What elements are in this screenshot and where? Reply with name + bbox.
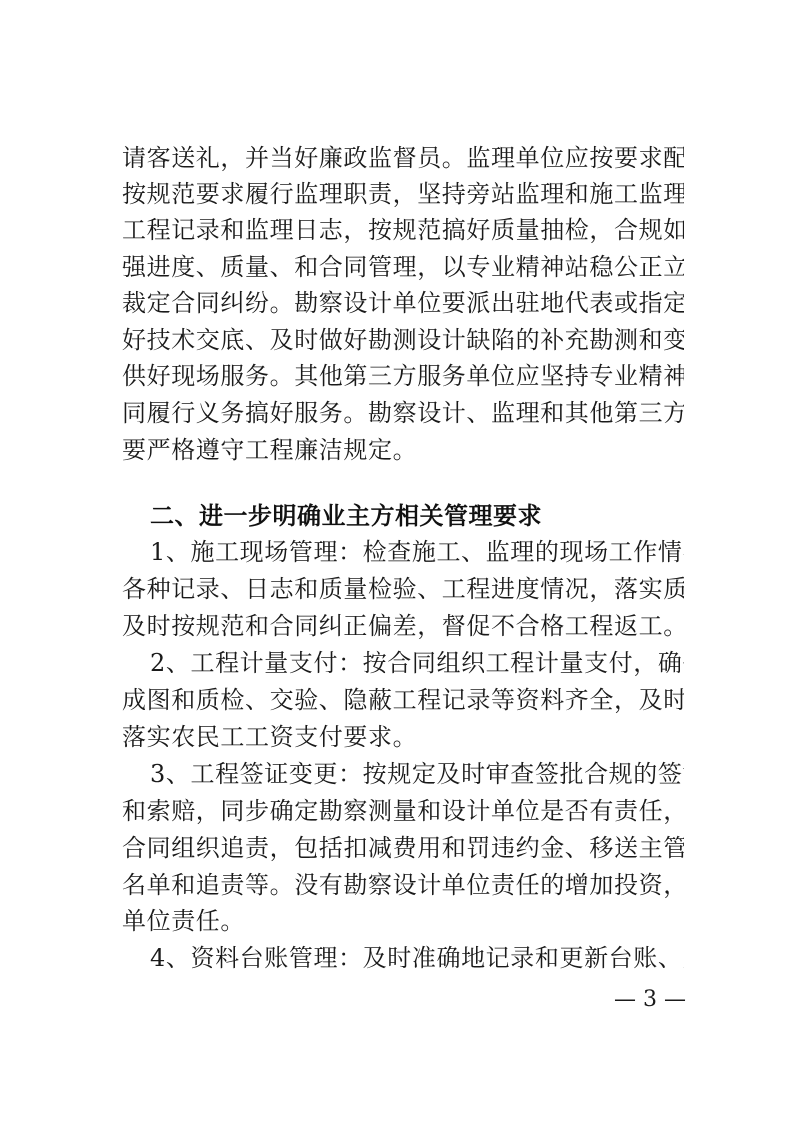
- item-3-line: 单位责任。: [122, 903, 684, 940]
- item-3-line: 合同组织追责，包括扣减费用和罚违约金、移送主管部门记失信: [122, 830, 684, 867]
- text-line: 要严格遵守工程廉洁规定。: [122, 432, 684, 469]
- text-line: 工程记录和监理日志，按规范搞好质量抽检，合规如实签证，加: [122, 212, 684, 249]
- item-3-line: 名单和追责等。没有勘察设计单位责任的增加投资，要追查业主: [122, 867, 684, 904]
- text-line: 供好现场服务。其他第三方服务单位应坚持专业精神，依规按合: [122, 358, 684, 395]
- section-heading: 二、进一步明确业主方相关管理要求: [150, 498, 542, 535]
- text-line: 强进度、质量、和合同管理，以专业精神站稳公正立场依规协调: [122, 249, 684, 286]
- item-1-line: 及时按规范和合同纠正偏差，督促不合格工程返工。: [122, 608, 684, 645]
- page-number: — 3 —: [612, 985, 688, 1015]
- text-line: 请客送礼，并当好廉政监督员。监理单位应按要求配齐监理人员，: [122, 140, 684, 177]
- text-line: 好技术交底、及时做好勘测设计缺陷的补充勘测和变更设计，提: [122, 322, 684, 359]
- item-4-line: 4、资料台账管理：及时准确地记录和更新台账、系统，相: [150, 940, 684, 977]
- item-2-line: 落实农民工工资支付要求。: [122, 719, 684, 756]
- item-1-line: 各种记录、日志和质量检验、工程进度情况，落实质监站指令，: [122, 571, 684, 608]
- item-1-line: 1、施工现场管理：检查施工、监理的现场工作情况，检查: [150, 534, 684, 571]
- text-line: 按规范要求履行监理职责，坚持旁站监理和施工监理，做好隐蔽: [122, 176, 684, 213]
- item-3-line: 3、工程签证变更：按规定及时审查签批合规的签证、变更: [150, 756, 684, 793]
- text-line: 裁定合同纠纷。勘察设计单位要派出驻地代表或指定联系人，搞: [122, 285, 684, 322]
- item-2-line: 成图和质检、交验、隐蔽工程记录等资料齐全，及时支付工程款，: [122, 682, 684, 719]
- item-2-line: 2、工程计量支付：按合同组织工程计量支付，确保施工完: [150, 645, 684, 682]
- document-page: 请客送礼，并当好廉政监督员。监理单位应按要求配齐监理人员， 按规范要求履行监理职…: [0, 0, 794, 1123]
- item-3-line: 和索赔，同步确定勘察测量和设计单位是否有责任，并按规定和: [122, 793, 684, 830]
- text-line: 同履行义务搞好服务。勘察设计、监理和其他第三方服务单位都: [122, 395, 684, 432]
